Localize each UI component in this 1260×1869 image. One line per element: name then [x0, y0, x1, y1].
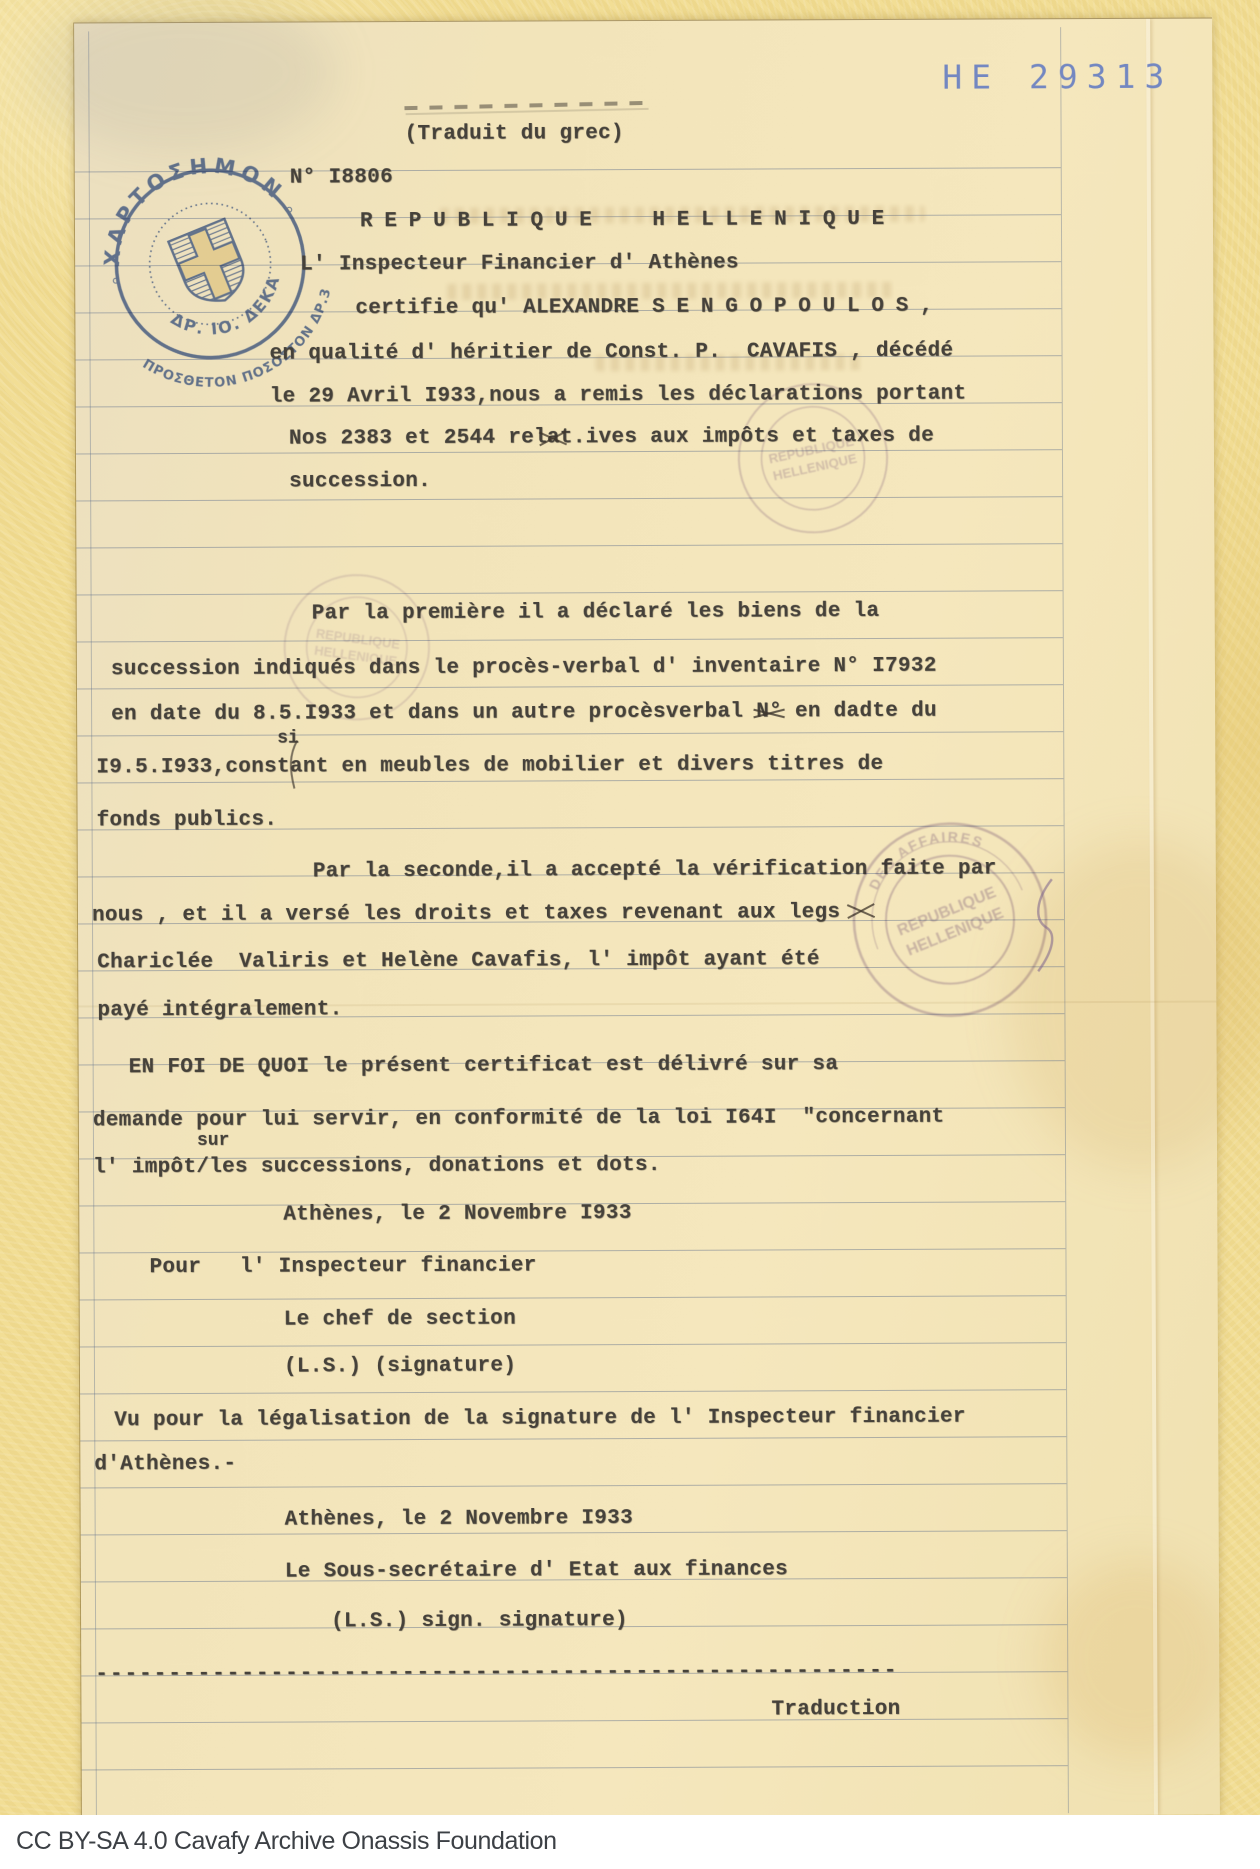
license-caption: CC BY-SA 4.0 Cavafy Archive Onassis Foun…: [16, 1827, 557, 1856]
svg-text:ΧΑΡΤΟΣΗΜΟΝ: ΧΑΡΤΟΣΗΜΟΝ: [72, 122, 294, 276]
fold-crease-vertical: [1146, 19, 1158, 1815]
doc-line-fonds: fonds publics.: [97, 809, 278, 834]
doc-line-traduit: (Traduit du grec): [405, 122, 624, 147]
ink-stamp-faint-1: REPUBLIQUE HELLENIQUE: [720, 365, 906, 551]
ink-stamp-faint-2: REPUBLIQUE HELLENIQUE: [271, 562, 442, 733]
doc-line-dathenes: d'Athènes.-: [94, 1453, 236, 1478]
doc-line-ls-signature: (L.S.) (signature): [284, 1355, 516, 1380]
overtype-correction: [538, 425, 568, 449]
struck-numero: N°: [756, 700, 782, 724]
doc-line-impot: l' impôt/les successions, donations et d…: [93, 1154, 661, 1180]
paper-stain: [1041, 1558, 1232, 1759]
doc-line-constant: I9.5.I933,constant en meubles de mobilie…: [96, 753, 883, 780]
doc-line-demande: demande pour lui servir, en conformité d…: [93, 1106, 945, 1134]
const-post: stant en meubles de mobilier et divers t…: [264, 753, 883, 779]
doc-line-athenes-1: Athènes, le 2 Novembre I933: [283, 1202, 631, 1228]
doc-line-divider: ----------------------------------------…: [95, 1660, 898, 1688]
doc-line-athenes-2: Athènes, le 2 Novembre I933: [285, 1507, 633, 1533]
caption-band: CC BY-SA 4.0 Cavafy Archive Onassis Foun…: [0, 1815, 1260, 1869]
pv-post: en dadte du: [782, 700, 937, 724]
pv-pre: en date du 8.5.I933 et dans un autre pro…: [111, 701, 756, 727]
doc-line-inspecteur: L' Inspecteur Financier d' Athènes: [300, 252, 739, 278]
doc-line-number: N° I8806: [290, 166, 393, 190]
doc-line-certifie: certifie qu' ALEXANDRE SENGOPOULOS,: [355, 295, 944, 322]
doc-line-enfoi: EN FOI DE QUOI le présent certificat est…: [129, 1053, 839, 1080]
insertion-caret: [285, 739, 301, 791]
doc-line-republique: REPUBLIQUE HELLENIQUE: [360, 208, 896, 234]
const-pre: I9.5.I933,con: [96, 756, 264, 780]
doc-line-traduction: Traduction: [771, 1698, 900, 1723]
doc-line-legalisation: Vu pour la légalisation de la signature …: [114, 1406, 966, 1434]
crossed-out-text: [404, 101, 649, 110]
doc-line-ls-sign: (L.S.) sign. signature): [331, 1609, 628, 1634]
doc-line-paye: payé intégralement.: [97, 998, 342, 1023]
doc-line-procesverbal: en date du 8.5.I933 et dans un autre pro…: [111, 700, 937, 728]
stamp-top-text: ΧΑΡΤΟΣΗΜΟΝ: [72, 122, 294, 276]
doc-line-chef-section: Le chef de section: [284, 1308, 516, 1333]
doc-line-sous-secretaire: Le Sous-secrétaire d' Etat aux finances: [285, 1558, 788, 1584]
doc-line-succession: succession.: [289, 470, 431, 495]
pen-flourish: [1026, 875, 1060, 975]
handwritten-insertion-sur: sur: [197, 1131, 229, 1151]
scanned-document-page: HE 29313 (Traduit du grec) N° I8806 REPU…: [0, 0, 1260, 1869]
doc-line-inventaire: succession indiqués dans le procès-verba…: [111, 655, 937, 683]
doc-line-qualite: en qualité d' héritier de Const. P. CAVA…: [269, 340, 953, 367]
archive-code: HE 29313: [942, 57, 1173, 97]
doc-line-chariclee: Chariclée Valiris et Helène Cavafis, l' …: [97, 948, 820, 975]
doc-line-pour-inspecteur: Pour l' Inspecteur financier: [149, 1254, 536, 1280]
paper-sheet: HE 29313 (Traduit du grec) N° I8806 REPU…: [74, 18, 1220, 1820]
doc-line-nous: nous , et il a versé les droits et taxes…: [92, 901, 840, 928]
certifie-text: certifie qu' ALEXANDRE: [355, 296, 652, 320]
heir-name: SENGOPOULOS,: [652, 295, 944, 319]
